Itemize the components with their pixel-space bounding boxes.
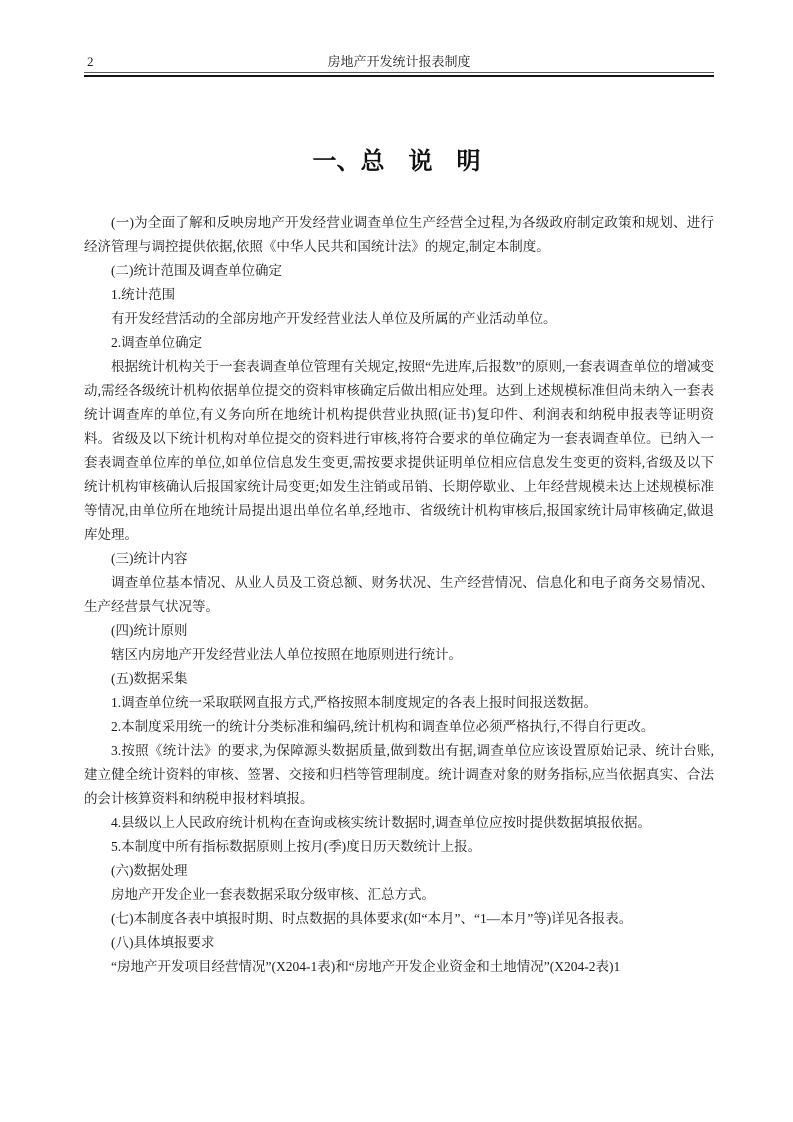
paragraph-data-processing: 房地产开发企业一套表数据采取分级审核、汇总方式。 xyxy=(84,883,714,907)
paragraph-data-collection-4: 4.县级以上人民政府统计机构在查询或核实统计数据时,调查单位应按时提供数据填报依… xyxy=(84,811,714,835)
paragraph-item-2-heading: 2.调查单位确定 xyxy=(84,331,714,355)
header-rule-thin xyxy=(84,72,714,73)
page-header: 2 房地产开发统计报表制度 xyxy=(84,52,714,77)
header-title: 房地产开发统计报表制度 xyxy=(84,52,714,71)
paragraph-survey-unit-determination: 根据统计机构关于一套表调查单位管理有关规定,按照“先进库,后报数”的原则,一套表… xyxy=(84,355,714,547)
paragraph-section-3-heading: (三)统计内容 xyxy=(84,547,714,571)
document-page: 2 房地产开发统计报表制度 一、总 说 明 (一)为全面了解和反映房地产开发经营… xyxy=(0,0,793,1122)
paragraph-data-collection-2: 2.本制度采用统一的统计分类标准和编码,统计机构和调查单位必须严格执行,不得自行… xyxy=(84,715,714,739)
paragraph-statistical-principle: 辖区内房地产开发经营业法人单位按照在地原则进行统计。 xyxy=(84,643,714,667)
document-title: 一、总 说 明 xyxy=(0,146,793,178)
page-number: 2 xyxy=(87,52,94,71)
paragraph-section-4-heading: (四)统计原则 xyxy=(84,619,714,643)
paragraph-general-purpose: (一)为全面了解和反映房地产开发经营业调查单位生产经营全过程,为各级政府制定政策… xyxy=(84,211,714,259)
paragraph-section-8-heading: (八)具体填报要求 xyxy=(84,931,714,955)
header-row: 2 房地产开发统计报表制度 xyxy=(84,52,714,71)
paragraph-item-1-heading: 1.统计范围 xyxy=(84,283,714,307)
paragraph-statistical-scope: 有开发经营活动的全部房地产开发经营业法人单位及所属的产业活动单位。 xyxy=(84,307,714,331)
paragraph-statistical-content: 调查单位基本情况、从业人员及工资总额、财务状况、生产经营情况、信息化和电子商务交… xyxy=(84,571,714,619)
paragraph-data-collection-3: 3.按照《统计法》的要求,为保障源头数据质量,做到数出有据,调查单位应该设置原始… xyxy=(84,739,714,811)
paragraph-section-5-heading: (五)数据采集 xyxy=(84,667,714,691)
paragraph-section-2-heading: (二)统计范围及调查单位确定 xyxy=(84,259,714,283)
paragraph-data-collection-1: 1.调查单位统一采取联网直报方式,严格按照本制度规定的各表上报时间报送数据。 xyxy=(84,691,714,715)
document-body: (一)为全面了解和反映房地产开发经营业调查单位生产经营全过程,为各级政府制定政策… xyxy=(84,211,714,979)
paragraph-section-7-reporting-periods: (七)本制度各表中填报时期、时点数据的具体要求(如“本月”、“1—本月”等)详见… xyxy=(84,907,714,931)
header-rule-thick xyxy=(84,75,714,77)
paragraph-section-6-heading: (六)数据处理 xyxy=(84,859,714,883)
paragraph-data-collection-5: 5.本制度中所有指标数据原则上按月(季)度日历天数统计上报。 xyxy=(84,835,714,859)
paragraph-specific-filing-requirements: “房地产开发项目经营情况”(X204-1表)和“房地产开发企业资金和土地情况”(… xyxy=(84,955,714,979)
